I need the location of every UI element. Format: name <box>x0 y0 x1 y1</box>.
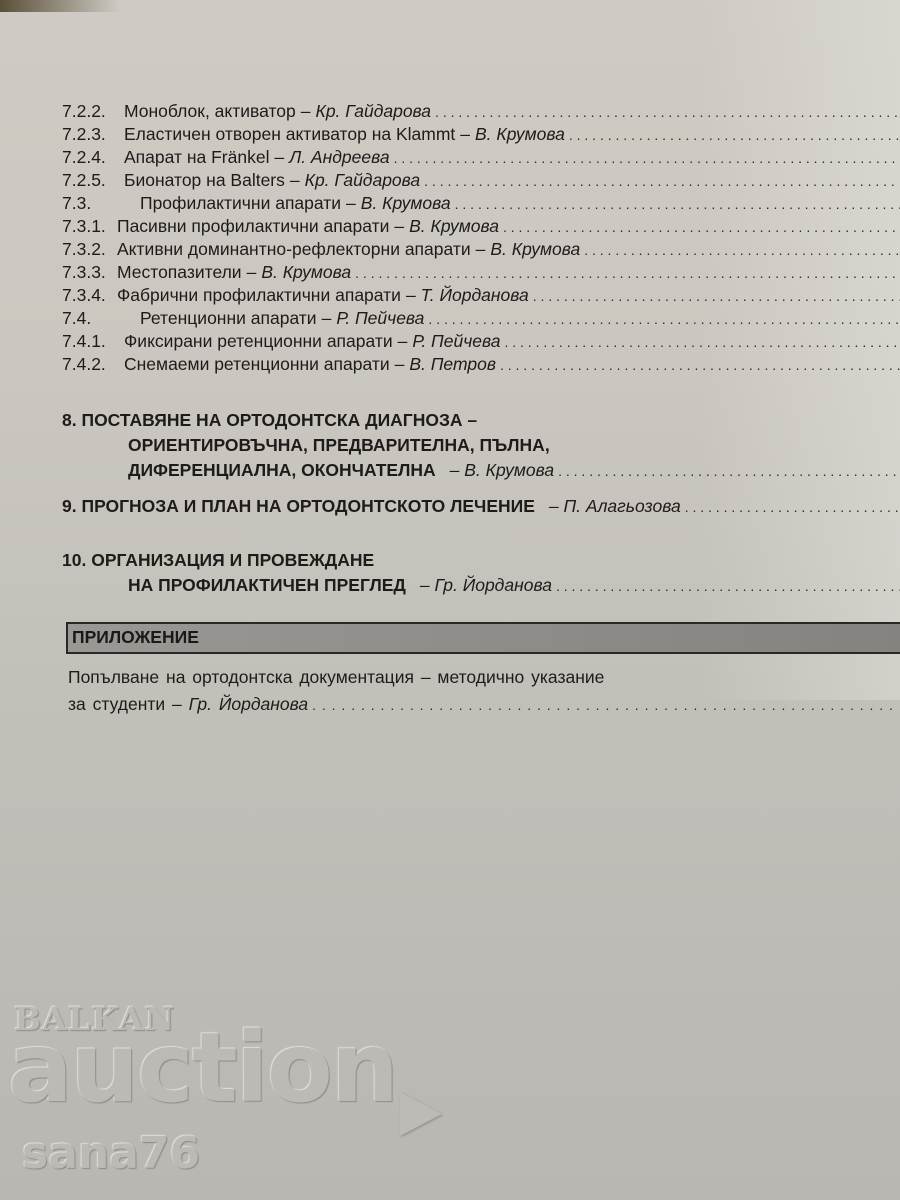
entry-title: Еластичен отворен активатор на Klammt <box>124 123 455 146</box>
entry-title: Бионатор на Balters <box>124 169 285 192</box>
entry-author: В. Крумова <box>261 261 351 284</box>
toc-entry: 7.4.1.Фиксирани ретенционни апарати–Р. П… <box>62 330 900 353</box>
entry-author: Р. Пейчева <box>412 330 500 353</box>
entry-separator: – <box>476 238 486 261</box>
entry-title: Пасивни профилактични апарати <box>117 215 389 238</box>
toc-entry: 7.3.4.Фабрични профилактични апарати–Т. … <box>62 284 900 307</box>
toc-entry: 7.2.2.Моноблок, активатор–Кр. Гайдарова <box>62 100 900 123</box>
entry-separator: – <box>247 261 257 284</box>
toc-entry: 7.2.4.Апарат на Fränkel–Л. Андреева <box>62 146 900 169</box>
dot-leader <box>685 495 900 520</box>
chapter-8-entry: 8. ПОСТАВЯНЕ НА ОРТОДОНТСКА ДИАГНОЗА – О… <box>62 408 900 483</box>
dot-leader <box>503 216 900 238</box>
chapter-title: ОРГАНИЗАЦИЯ И ПРОВЕЖДАНЕ <box>91 548 374 573</box>
entry-author: Кр. Гайдарова <box>316 100 432 123</box>
chapter-number: 8. <box>62 408 77 433</box>
toc-entry: 7.2.5.Бионатор на Balters–Кр. Гайдарова <box>62 169 900 192</box>
chapter-author: – П. Алагьозова <box>549 494 681 519</box>
dot-leader <box>504 331 900 353</box>
book-page: 7.2.2.Моноблок, активатор–Кр. Гайдарова7… <box>0 0 900 1200</box>
appendix-author: Гр. Йорданова <box>189 691 308 718</box>
entry-separator: – <box>274 146 284 169</box>
page-edge-shadow <box>0 0 120 12</box>
dot-leader <box>428 308 900 330</box>
toc-entry: 7.3.1.Пасивни профилактични апарати–В. К… <box>62 215 900 238</box>
watermark-name: auction <box>8 1012 397 1124</box>
entry-number: 7.4.2. <box>62 353 124 376</box>
entry-author: Л. Андреева <box>289 146 389 169</box>
entry-separator: – <box>460 123 470 146</box>
entry-number: 7.4. <box>62 307 140 330</box>
chapter-title: ДИФЕРЕНЦИАЛНА, ОКОНЧАТЕЛНА <box>128 458 436 483</box>
entry-separator: – <box>346 192 356 215</box>
entry-number: 7.3.1. <box>62 215 117 238</box>
dot-leader <box>435 101 900 123</box>
toc-entry: 7.4.Ретенционни апарати–Р. Пейчева <box>62 307 900 330</box>
play-arrow-icon <box>400 1092 442 1136</box>
chapter-10-entry: 10. ОРГАНИЗАЦИЯ И ПРОВЕЖДАНЕ НА ПРОФИЛАК… <box>62 548 900 598</box>
appendix-title: Попълване на ортодонтска документация – … <box>68 664 604 691</box>
entry-title: Фиксирани ретенционни апарати <box>124 330 393 353</box>
entry-author: Т. Йорданова <box>421 284 529 307</box>
toc-entry: 7.2.3.Еластичен отворен активатор на Kla… <box>62 123 900 146</box>
entry-number: 7.2.4. <box>62 146 124 169</box>
dot-leader <box>500 354 900 376</box>
entry-author: В. Крумова <box>409 215 499 238</box>
watermark-user: sana76 <box>22 1128 200 1179</box>
toc-entry: 7.4.2.Снемаеми ретенционни апарати–В. Пе… <box>62 353 900 376</box>
dot-leader <box>424 170 900 192</box>
dot-leader <box>569 124 900 146</box>
appendix-entry: Попълване на ортодонтска документация – … <box>68 664 900 718</box>
chapter-9-entry: 9. ПРОГНОЗА И ПЛАН НА ОРТОДОНТСКОТО ЛЕЧЕ… <box>62 494 900 519</box>
entry-number: 7.3.2. <box>62 238 117 261</box>
table-of-contents: 7.2.2.Моноблок, активатор–Кр. Гайдарова7… <box>62 100 900 376</box>
entry-separator: – <box>398 330 408 353</box>
entry-author: В. Крумова <box>475 123 565 146</box>
dot-leader <box>312 692 900 719</box>
entry-separator: – <box>395 353 405 376</box>
entry-author: Кр. Гайдарова <box>305 169 421 192</box>
entry-number: 7.4.1. <box>62 330 124 353</box>
entry-separator: – <box>301 100 311 123</box>
dot-leader <box>584 239 900 261</box>
entry-separator: – <box>322 307 332 330</box>
dot-leader <box>556 574 900 599</box>
chapter-title: НА ПРОФИЛАКТИЧЕН ПРЕГЛЕД <box>128 573 406 598</box>
entry-title: Апарат на Fränkel <box>124 146 269 169</box>
chapter-author: – Гр. Йорданова <box>420 573 552 598</box>
chapter-author: – В. Крумова <box>450 458 554 483</box>
entry-author: Р. Пейчева <box>336 307 424 330</box>
toc-entry: 7.3.2.Активни доминантно-рефлекторни апа… <box>62 238 900 261</box>
dot-leader <box>355 262 900 284</box>
chapter-title: ПОСТАВЯНЕ НА ОРТОДОНТСКА ДИАГНОЗА – <box>81 408 477 433</box>
toc-entry: 7.3.3.Местопазители–В. Крумова <box>62 261 900 284</box>
dot-leader <box>558 459 900 484</box>
entry-title: Активни доминантно-рефлекторни апарати <box>117 238 471 261</box>
entry-title: Ретенционни апарати <box>140 307 317 330</box>
appendix-title-cont: за студенти – <box>68 691 182 718</box>
entry-title: Фабрични профилактични апарати <box>117 284 401 307</box>
entry-title: Моноблок, активатор <box>124 100 296 123</box>
entry-separator: – <box>290 169 300 192</box>
entry-title: Снемаеми ретенционни апарати <box>124 353 390 376</box>
entry-author: В. Крумова <box>490 238 580 261</box>
chapter-title: ПРОГНОЗА И ПЛАН НА ОРТОДОНТСКОТО ЛЕЧЕНИЕ <box>81 494 534 519</box>
dot-leader <box>533 285 900 307</box>
entry-author: В. Крумова <box>361 192 451 215</box>
entry-number: 7.2.2. <box>62 100 124 123</box>
chapter-number: 10. <box>62 548 86 573</box>
dot-leader <box>394 147 900 169</box>
entry-number: 7.2.5. <box>62 169 124 192</box>
toc-entry: 7.3.Профилактични апарати–В. Крумова <box>62 192 900 215</box>
entry-number: 7.3. <box>62 192 140 215</box>
entry-title: Профилактични апарати <box>140 192 341 215</box>
chapter-number: 9. <box>62 494 77 519</box>
appendix-heading: ПРИЛОЖЕНИЕ <box>72 627 199 648</box>
dot-leader <box>455 193 900 215</box>
entry-title: Местопазители <box>117 261 242 284</box>
entry-number: 7.3.4. <box>62 284 117 307</box>
entry-number: 7.3.3. <box>62 261 117 284</box>
entry-author: В. Петров <box>409 353 496 376</box>
entry-separator: – <box>406 284 416 307</box>
chapter-title: ОРИЕНТИРОВЪЧНА, ПРЕДВАРИТЕЛНА, ПЪЛНА, <box>128 433 550 458</box>
entry-separator: – <box>394 215 404 238</box>
appendix-heading-bar: ПРИЛОЖЕНИЕ <box>66 622 900 654</box>
entry-number: 7.2.3. <box>62 123 124 146</box>
